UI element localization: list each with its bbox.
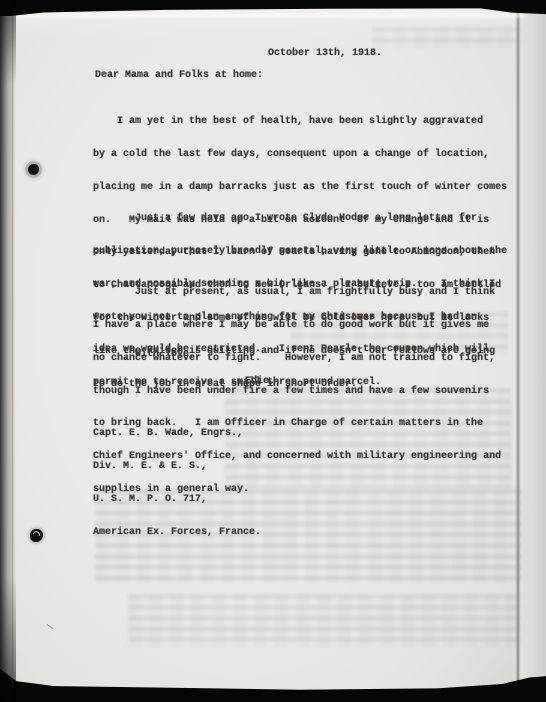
date-line: October 13th, 1918. <box>268 48 382 59</box>
ink-blot-top-left <box>28 164 39 175</box>
letter-line: publication, purposely broadly general, … <box>93 247 507 258</box>
letter-line: Just a few days ago I wrote Clyde Hodge … <box>93 214 507 225</box>
address-line: U. S. M. P. O. 717, <box>93 495 261 506</box>
address-block: Capt. E. B. Wade, Engrs., Div. M. E. & E… <box>93 407 261 560</box>
letter-content: October 13th, 1918. Dear Mama and Folks … <box>0 0 546 702</box>
page-stack-edge-line <box>12 14 13 688</box>
address-line: American Ex. Forces, France. <box>93 528 261 539</box>
letter-line: though I have been under fire a few time… <box>93 387 501 398</box>
address-line: Capt. E. B. Wade, Engrs., <box>93 429 261 440</box>
salutation: Dear Mama and Folks at home: <box>95 70 263 81</box>
signature: Edie. <box>245 376 275 387</box>
letter-line: Just at present, as usual, I am frightfu… <box>93 288 501 299</box>
scanned-letter-page: October 13th, 1918. Dear Mama and Folks … <box>0 0 546 702</box>
scan-edge-left <box>0 0 16 702</box>
address-line: Div. M. E. & E. S., <box>93 462 261 473</box>
letter-line: I am yet in the best of health, have bee… <box>93 117 507 128</box>
valediction: With love, <box>135 349 195 360</box>
letter-line: I have a place where I may be able to do… <box>93 321 501 332</box>
letter-line: by a cold the last few days, consequent … <box>93 150 507 161</box>
